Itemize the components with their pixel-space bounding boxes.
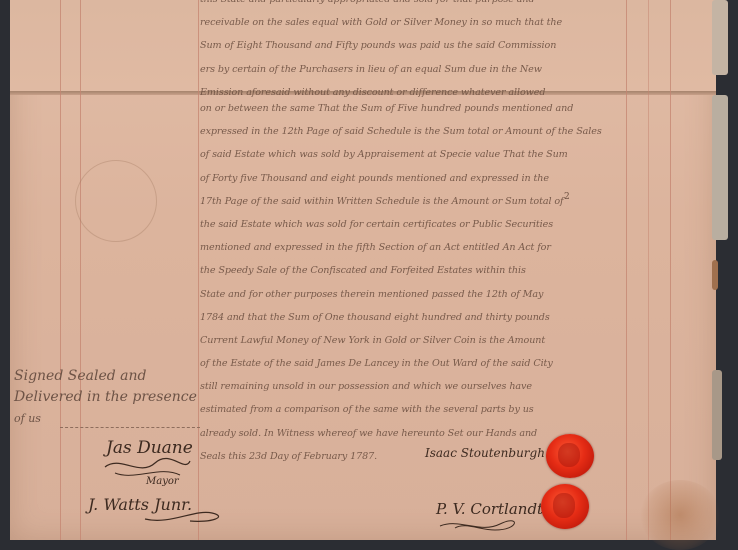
signature-cortlandt: P. V. Cortlandt — [436, 500, 543, 518]
text-line: of Forty five Thousand and eight pounds … — [200, 167, 605, 190]
text-line: Sum of Eight Thousand and Fifty pounds w… — [200, 34, 605, 57]
margin-rule — [670, 0, 671, 540]
signature-flourish — [140, 505, 220, 527]
torn-edge-fragment — [712, 95, 728, 240]
text-line: of said Estate which was sold by Apprais… — [200, 143, 605, 166]
text-line: 17th Page of the said within Written Sch… — [200, 190, 605, 213]
wax-seal — [541, 484, 589, 529]
text-line: mentioned and expressed in the fifth Sec… — [200, 236, 605, 259]
margin-rule — [60, 0, 61, 540]
text-line: 1784 and that the Sum of One thousand ei… — [200, 306, 605, 329]
torn-edge-fragment — [712, 370, 722, 460]
margin-rule — [80, 0, 81, 540]
text-line: of the Estate of the said James De Lance… — [200, 352, 605, 375]
margin-note-line: Delivered in the presence — [14, 387, 197, 408]
signed-sealed-note: Signed Sealed and Delivered in the prese… — [14, 366, 197, 429]
text-line: expressed in the 12th Page of said Sched… — [200, 120, 605, 143]
wax-seal — [546, 434, 594, 478]
torn-edge-fragment — [712, 0, 728, 75]
mayor-title: Mayor — [146, 476, 179, 487]
upper-text-block: this State and particularly appropriated… — [200, 0, 605, 104]
signature-flourish — [435, 518, 525, 534]
signature-stoutenburgh: Isaac Stoutenburgh — [425, 446, 545, 460]
torn-edge-fragment — [712, 260, 718, 290]
text-line: State and for other purposes therein men… — [200, 283, 605, 306]
text-line: ers by certain of the Purchasers in lieu… — [200, 58, 605, 81]
main-text-block: on or between the same That the Sum of F… — [200, 97, 605, 468]
text-line: still remaining unsold in our possession… — [200, 375, 605, 398]
margin-note-line: of us — [14, 408, 197, 429]
text-line: the Speedy Sale of the Confiscated and F… — [200, 259, 605, 282]
dashed-line — [60, 427, 200, 428]
text-line: already sold. In Witness whereof we have… — [200, 422, 605, 445]
text-line: Current Lawful Money of New York in Gold… — [200, 329, 605, 352]
faded-seal-impression — [75, 160, 157, 242]
margin-rule — [626, 0, 627, 540]
margin-note-line: Signed Sealed and — [14, 366, 197, 387]
water-stain — [640, 480, 720, 550]
text-line: estimated from a comparison of the same … — [200, 398, 605, 421]
page-mark: 2 — [564, 192, 570, 202]
text-line: this State and particularly appropriated… — [200, 0, 605, 11]
text-line: receivable on the sales equal with Gold … — [200, 11, 605, 34]
margin-rule — [198, 0, 199, 540]
text-line: the said Estate which was sold for certa… — [200, 213, 605, 236]
text-line: on or between the same That the Sum of F… — [200, 97, 605, 120]
margin-rule — [648, 0, 649, 540]
